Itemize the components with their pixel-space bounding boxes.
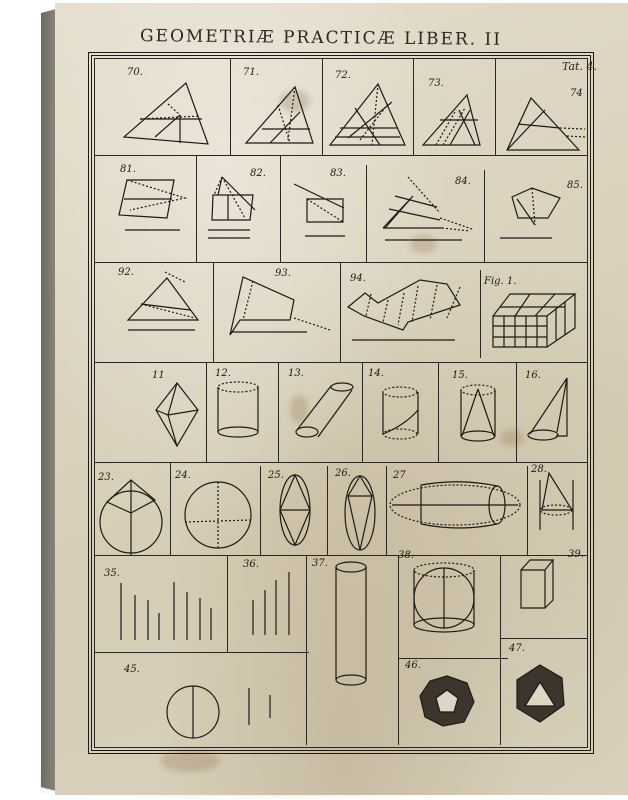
geometry-diagrams (0, 0, 628, 800)
